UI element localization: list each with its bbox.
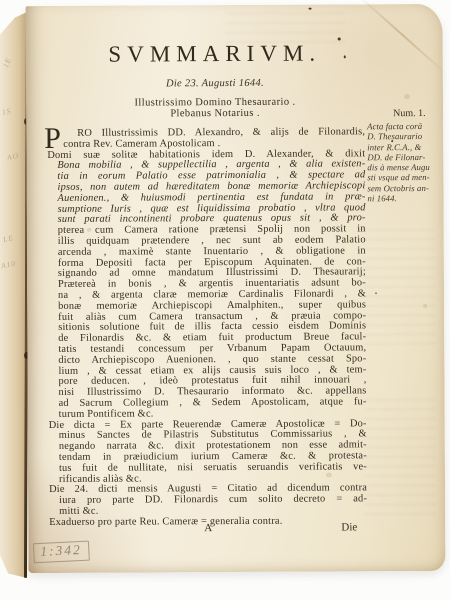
edge-handwriting: AO [6, 151, 20, 162]
page-title: SVMMARIVM. [56, 40, 374, 68]
drop-cap: P [44, 127, 61, 151]
margin-note-line: dis à mense Augu [367, 162, 443, 173]
margin-note-line: Acta facta corā [367, 121, 443, 132]
margin-note-line: DD. de Filonar- [367, 152, 443, 163]
catchword: Die [341, 521, 357, 533]
book-edge-strip: 1E1SAOLEA10 [0, 12, 27, 578]
margin-note-line: sem Octobris an- [367, 183, 443, 194]
shelf-mark: 1:342 [33, 541, 89, 564]
foxing-spot [404, 94, 410, 99]
body-text-line: tus fuit de nullitate, nisi seruatis ser… [49, 462, 367, 474]
ink-speck [375, 292, 377, 294]
edge-handwriting: A10 [0, 259, 17, 271]
show-through-ghost [364, 399, 437, 519]
foxing-spot [423, 304, 427, 308]
body-text: P RO Illustrissimis DD. Alexandro, & ali… [47, 127, 367, 528]
edge-handwriting: 1E [1, 56, 13, 69]
margin-note-body: Acta facta corāD. Thesaurariointer R.C.A… [367, 121, 443, 204]
shelf-mark-text: 1:342 [40, 542, 82, 559]
date-line: Die 23. Augusti 1644. [56, 77, 374, 90]
margin-note-line: ni 1644. [368, 193, 444, 204]
edge-handwriting: LE [2, 233, 14, 244]
photo-background: 1E1SAOLEA10 SVMMARIVM. Die 23. Augusti 1… [0, 0, 450, 600]
margin-note-line: sti vsque ad men- [367, 172, 443, 183]
margin-note-number: Num. 1. [367, 108, 443, 119]
edge-handwriting: 1S [1, 106, 12, 117]
show-through-ghost [363, 229, 436, 349]
signature-mark: A [49, 521, 367, 535]
addressee-line: Plebanus Notarius . [56, 107, 374, 120]
ink-speck [309, 8, 312, 10]
body-text-lines: RO Illustrissimis DD. Alexandro, & alijs… [47, 127, 367, 528]
margin-note-line: D. Thesaurario [367, 131, 443, 142]
margin-note: Num. 1. Acta facta corāD. Thesaurarioint… [367, 108, 443, 204]
margin-note-line: inter R.C.A., & [367, 142, 443, 153]
book-page: SVMMARIVM. Die 23. Augusti 1644. Illustr… [26, 4, 446, 573]
footer-line: A Die [49, 521, 367, 537]
